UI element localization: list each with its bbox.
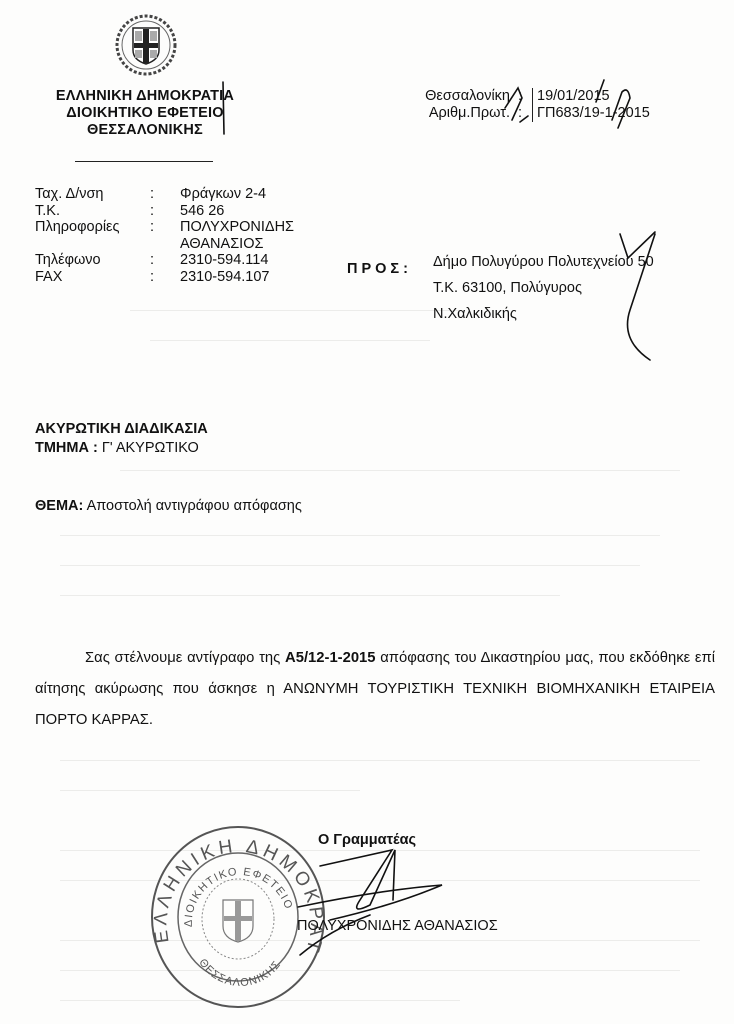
contact-label: Ταχ. Δ/νση <box>35 186 150 203</box>
document-date: 19/01/2015 <box>537 88 610 105</box>
place-label: Θεσσαλονίκη <box>400 88 510 105</box>
letter-body: Σας στέλνουμε αντίγραφο της Α5/12-1-2015… <box>35 643 715 736</box>
contact-row-postcode: Τ.Κ. : 546 26 <box>35 203 340 220</box>
recipient-label: ΠΡΟΣ: <box>347 261 412 277</box>
signatory-name: ΠΟΛΥΧΡΟΝΙΔΗΣ ΑΘΑΝΑΣΙΟΣ <box>297 918 498 934</box>
official-stamp-icon: ΕΛΛΗΝΙΚΗ ΔΗΜΟΚΡΑΤΙΑ ΔΙΟΙΚΗΤΙΚΟ ΕΦΕΤΕΙΟ Θ… <box>147 822 329 1012</box>
vertical-rule <box>532 88 533 105</box>
separator: : <box>510 105 530 122</box>
section-label: ΤΜΗΜΑ : <box>35 440 98 456</box>
signatory-title: Ο Γραμματέας <box>318 832 416 848</box>
contact-label: FAX <box>35 269 150 286</box>
contact-row-address: Ταχ. Δ/νση : Φράγκων 2-4 <box>35 186 340 203</box>
recipient-line: Ν.Χαλκιδικής <box>433 301 654 327</box>
contact-details: Ταχ. Δ/νση : Φράγκων 2-4 Τ.Κ. : 546 26 Π… <box>35 186 340 285</box>
contact-value: 2310-594.114 <box>180 252 340 269</box>
procedure-block: ΑΚΥΡΩΤΙΚΗ ΔΙΑΔΙΚΑΣΙΑ ΤΜΗΜΑ : Γ' ΑΚΥΡΩΤΙΚ… <box>35 420 208 458</box>
issuer-line-court: ΔΙΟΙΚΗΤΙΚΟ ΕΦΕΤΕΙΟ <box>30 105 260 122</box>
recipient-line: Δήμο Πολυγύρου Πολυτεχνείου 50 <box>433 249 654 275</box>
contact-row-fax: FAX : 2310-594.107 <box>35 269 340 286</box>
contact-label: Πληροφορίες <box>35 219 150 236</box>
issuer-divider <box>75 161 213 162</box>
subject-line: ΘΕΜΑ: Αποστολή αντιγράφου απόφασης <box>35 498 302 514</box>
separator: : <box>150 219 180 236</box>
separator: : <box>150 186 180 203</box>
svg-text:ΘΕΣΣΑΛΟΝΙΚΗΣ: ΘΕΣΣΑΛΟΝΙΚΗΣ <box>196 957 283 989</box>
subject-label: ΘΕΜΑ: <box>35 498 83 514</box>
section-line: ΤΜΗΜΑ : Γ' ΑΚΥΡΩΤΙΚΟ <box>35 439 208 458</box>
contact-value: ΠΟΛΥΧΡΟΝΙΔΗΣ <box>180 219 340 236</box>
meta-place-date-row: Θεσσαλονίκη : 19/01/2015 <box>400 88 650 105</box>
separator: : <box>150 269 180 286</box>
document-meta: Θεσσαλονίκη : 19/01/2015 Αριθμ.Πρωτ. : Γ… <box>400 88 650 122</box>
contact-value: Φράγκων 2-4 <box>180 186 340 203</box>
contact-value: ΑΘΑΝΑΣΙΟΣ <box>180 236 340 253</box>
protocol-label: Αριθμ.Πρωτ. <box>400 105 510 122</box>
greek-coat-of-arms-icon <box>113 12 179 78</box>
contact-label: Τηλέφωνο <box>35 252 150 269</box>
vertical-rule <box>532 105 533 122</box>
decision-reference: Α5/12-1-2015 <box>285 650 376 666</box>
contact-label <box>35 236 150 253</box>
body-text-before: Σας στέλνουμε αντίγραφο της <box>85 650 285 666</box>
protocol-number: ΓΠ683/19-1-2015 <box>537 105 650 122</box>
contact-row-info-cont: ΑΘΑΝΑΣΙΟΣ <box>35 236 340 253</box>
meta-protocol-row: Αριθμ.Πρωτ. : ΓΠ683/19-1-2015 <box>400 105 650 122</box>
contact-value: 546 26 <box>180 203 340 220</box>
contact-row-phone: Τηλέφωνο : 2310-594.114 <box>35 252 340 269</box>
contact-label: Τ.Κ. <box>35 203 150 220</box>
subject-value: Αποστολή αντιγράφου απόφασης <box>87 498 302 514</box>
issuer-line-city: ΘΕΣΣΑΛΟΝΙΚΗΣ <box>30 122 260 139</box>
issuer-line-state: ΕΛΛΗΝΙΚΗ ΔΗΜΟΚΡΑΤΙΑ <box>30 88 260 105</box>
stamp-bottom-text: ΘΕΣΣΑΛΟΝΙΚΗΣ <box>196 957 283 989</box>
recipient-line: Τ.Κ. 63100, Πολύγυρος <box>433 275 654 301</box>
issuer-heading: ΕΛΛΗΝΙΚΗ ΔΗΜΟΚΡΑΤΙΑ ΔΙΟΙΚΗΤΙΚΟ ΕΦΕΤΕΙΟ Θ… <box>30 88 260 139</box>
separator: : <box>150 252 180 269</box>
procedure-title: ΑΚΥΡΩΤΙΚΗ ΔΙΑΔΙΚΑΣΙΑ <box>35 420 208 439</box>
section-value: Γ' ΑΚΥΡΩΤΙΚΟ <box>102 440 199 456</box>
separator <box>150 236 180 253</box>
separator: : <box>510 88 530 105</box>
separator: : <box>150 203 180 220</box>
contact-row-info: Πληροφορίες : ΠΟΛΥΧΡΟΝΙΔΗΣ <box>35 219 340 236</box>
contact-value: 2310-594.107 <box>180 269 340 286</box>
recipient-address: Δήμο Πολυγύρου Πολυτεχνείου 50 Τ.Κ. 6310… <box>433 249 654 327</box>
